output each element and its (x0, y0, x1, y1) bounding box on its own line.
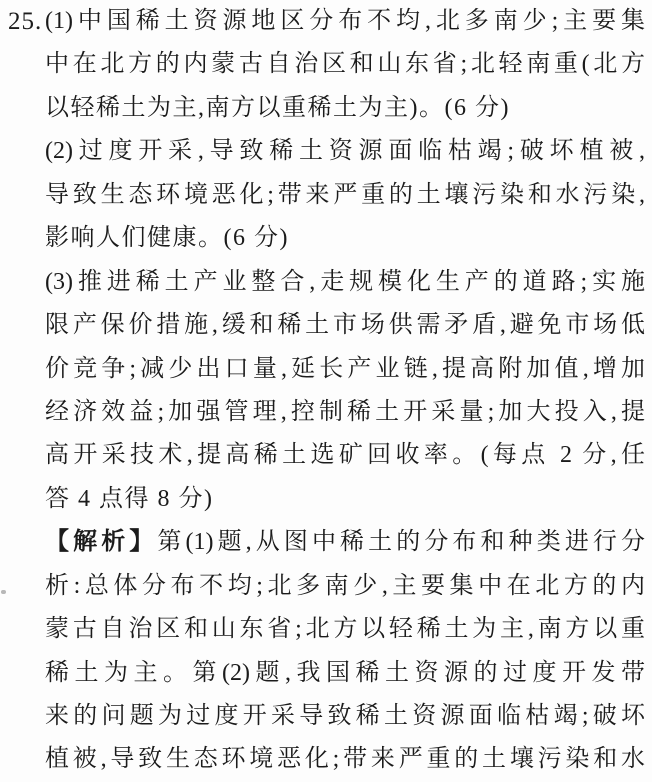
question-number: 25. (8, 0, 42, 43)
text-line-answer2-2: 导致生态环境恶化;带来严重的土壤污染和水污染, (45, 174, 645, 217)
scan-artifact-dot (1, 590, 6, 594)
analysis-line-text: 第(1)题,从图中稀土的分布和种类进行分 (157, 529, 645, 555)
analysis-section-label: 【解析】 (45, 529, 157, 555)
answer-text-block: (1)中国稀土资源地区分布不均,北多南少;主要集 中在北方的内蒙古自治区和山东省… (45, 0, 645, 782)
text-line-answer3-6: 答 4 点得 8 分) (45, 478, 645, 521)
text-line-answer3-1: (3)推进稀土产业整合,走规模化生产的道路;实施 (45, 261, 645, 304)
text-line-analysis-5: 来的问题为过度开采导致稀土资源面临枯竭;破坏 (45, 695, 645, 738)
text-line-analysis-6: 植被,导致生态环境恶化;带来严重的土壤污染和水 (45, 738, 645, 781)
text-line-analysis-4: 稀土为主。第(2)题,我国稀土资源的过度开发带 (45, 652, 645, 695)
text-line-answer2-1: (2)过度开采,导致稀土资源面临枯竭;破坏植被, (45, 130, 645, 173)
text-line-analysis-2: 析:总体分布不均;北多南少,主要集中在北方的内 (45, 565, 645, 608)
text-line-answer1-3: 以轻稀土为主,南方以重稀土为主)。(6 分) (45, 87, 645, 130)
text-line-analysis-1: 【解析】第(1)题,从图中稀土的分布和种类进行分 (45, 521, 645, 564)
text-line-answer3-3: 价竞争;减少出口量,延长产业链,提高附加值,增加 (45, 348, 645, 391)
text-line-answer1-1: (1)中国稀土资源地区分布不均,北多南少;主要集 (45, 0, 645, 43)
text-line-answer2-3: 影响人们健康。(6 分) (45, 217, 645, 260)
text-line-analysis-3: 蒙古自治区和山东省;北方以轻稀土为主,南方以重 (45, 608, 645, 651)
scanned-answer-page: 25. (1)中国稀土资源地区分布不均,北多南少;主要集 中在北方的内蒙古自治区… (0, 0, 652, 782)
text-line-answer3-5: 高开采技术,提高稀土选矿回收率。(每点 2 分,任 (45, 434, 645, 477)
text-line-answer3-4: 经济效益;加强管理,控制稀土开采量;加大投入,提 (45, 391, 645, 434)
text-line-answer1-2: 中在北方的内蒙古自治区和山东省;北轻南重(北方 (45, 43, 645, 86)
text-line-answer3-2: 限产保价措施,缓和稀土市场供需矛盾,避免市场低 (45, 304, 645, 347)
